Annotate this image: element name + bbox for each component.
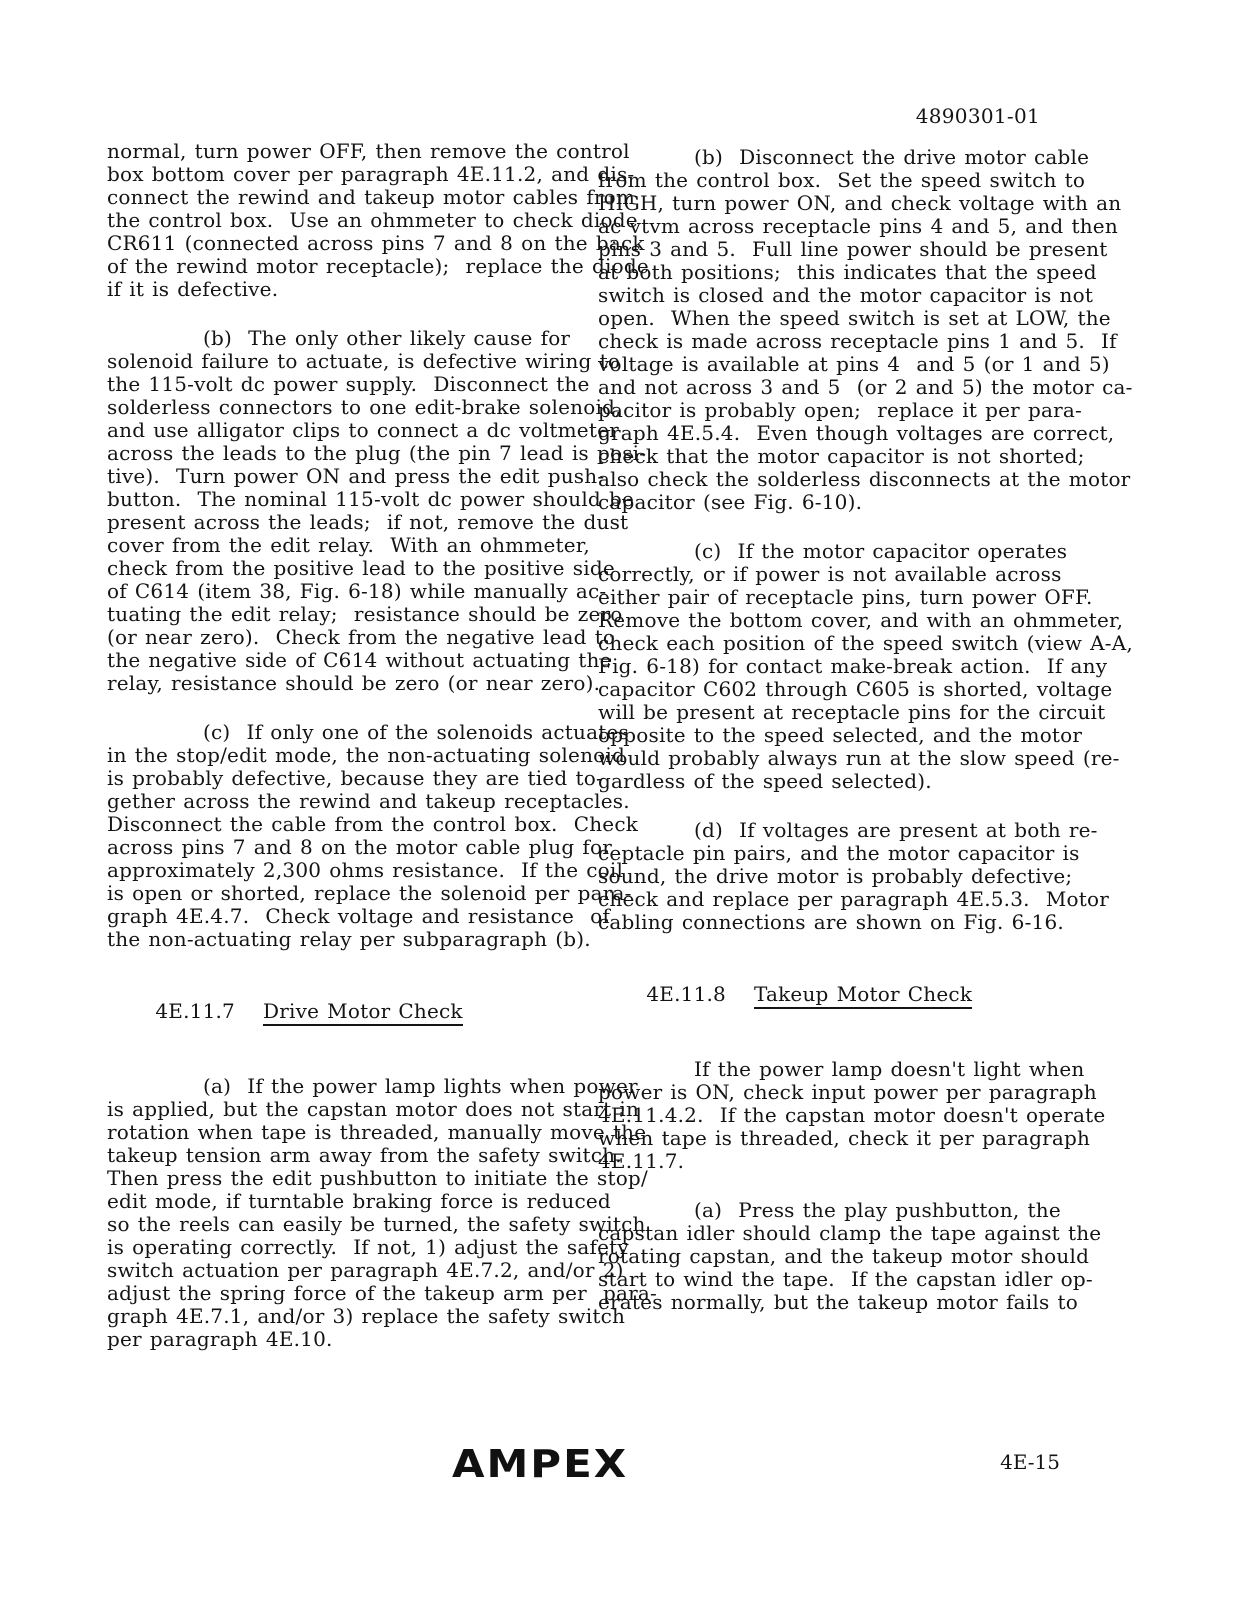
- paragraph-c-drive-motor: (c) If the motor capacitor operates corr…: [598, 540, 1056, 793]
- manual-page: 4890301-01 normal, turn power OFF, then …: [0, 0, 1237, 1600]
- section-title: Takeup Motor Check: [754, 983, 972, 1009]
- paragraph-d-drive-motor: (d) If voltages are present at both re- …: [598, 819, 1056, 934]
- section-title: Drive Motor Check: [263, 1000, 463, 1026]
- page-number: 4E-15: [950, 1450, 1060, 1474]
- paragraph-c-solenoid: (c) If only one of the solenoids actuate…: [107, 721, 577, 951]
- paragraph-b-solenoid: (b) The only other likely cause for sole…: [107, 327, 577, 695]
- left-column: normal, turn power OFF, then remove the …: [107, 140, 577, 1377]
- section-number: 4E.11.7: [155, 1000, 235, 1023]
- paragraph-a-takeup-motor: (a) Press the play pushbutton, the capst…: [598, 1199, 1056, 1314]
- section-number: 4E.11.8: [646, 983, 726, 1006]
- paragraph-intro-takeup-motor: If the power lamp doesn't light when pow…: [598, 1058, 1056, 1173]
- section-heading-takeup-motor-check: 4E.11.8Takeup Motor Check: [598, 960, 1056, 1032]
- paragraph-continuation: normal, turn power OFF, then remove the …: [107, 140, 577, 301]
- ampex-logo: AMPEX: [452, 1444, 628, 1484]
- right-column: (b) Disconnect the drive motor cable fro…: [598, 146, 1056, 1340]
- paragraph-b-drive-motor: (b) Disconnect the drive motor cable fro…: [598, 146, 1056, 514]
- section-heading-drive-motor-check: 4E.11.7Drive Motor Check: [107, 977, 577, 1049]
- paragraph-a-drive-motor: (a) If the power lamp lights when power …: [107, 1075, 577, 1351]
- doc-number: 4890301-01: [860, 104, 1040, 128]
